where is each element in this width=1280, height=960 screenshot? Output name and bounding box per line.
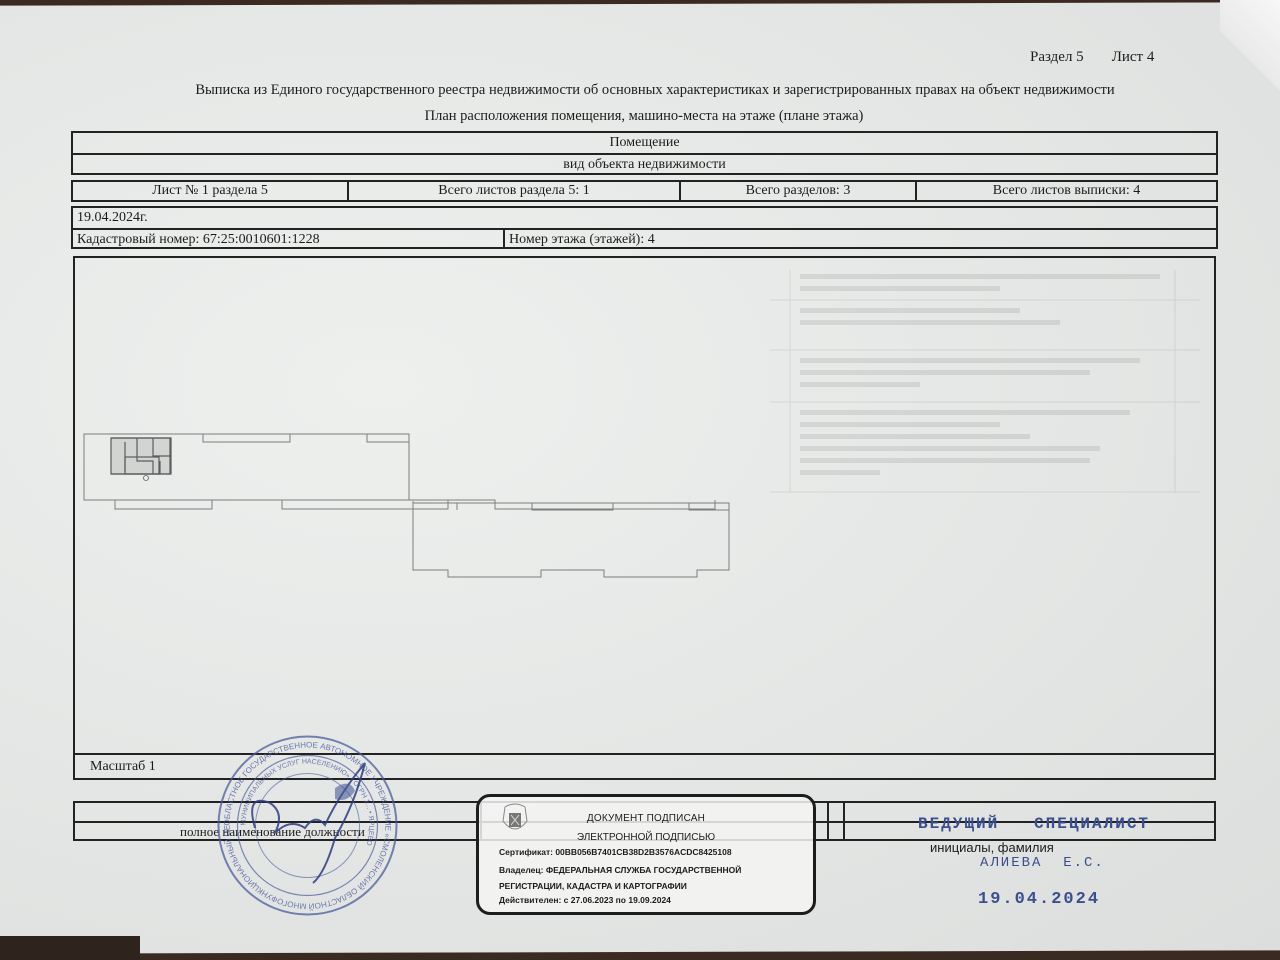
floor-plan-frame — [73, 256, 1216, 780]
section-sheet-header: Раздел 5Лист 4 — [1030, 49, 1154, 66]
esign-validity: Действителен: с 27.06.2023 по 19.09.2024 — [499, 895, 671, 905]
official-round-stamp: ОБЛАСТНОЕ ГОСУДАРСТВЕННОЕ АВТОНОМНОЕ УЧР… — [215, 733, 400, 918]
floor-plan-drawing — [75, 258, 1214, 778]
electronic-signature-box: ДОКУМЕНТ ПОДПИСАН ЭЛЕКТРОННОЙ ПОДПИСЬЮ С… — [476, 794, 816, 915]
cadastral-number: Кадастровый номер: 67:25:0010601:1228 — [73, 230, 503, 249]
total-sheets-section: Всего листов раздела 5: 1 — [349, 182, 681, 200]
date-stamp: 19.04.2024 — [978, 890, 1100, 909]
position-stamp: ВЕДУЩИЙ СПЕЦИАЛИСТ — [918, 815, 1150, 833]
object-type-caption: вид объекта недвижимости — [73, 153, 1216, 175]
esign-owner-line1: Владелец: ФЕДЕРАЛЬНАЯ СЛУЖБА ГОСУДАРСТВЕ… — [499, 865, 741, 875]
esign-certificate: Сертификат: 00BB056B7401CB38D2B3576ACDC8… — [499, 847, 732, 857]
table-surface — [0, 936, 140, 960]
floor-number: Номер этажа (этажей): 4 — [505, 230, 655, 249]
total-sheets-extract: Всего листов выписки: 4 — [917, 182, 1216, 200]
initials-caption: инициалы, фамилия — [930, 840, 1054, 855]
extract-date: 19.04.2024г. — [73, 208, 1216, 228]
esign-subtitle: ЭЛЕКТРОННОЙ ПОДПИСЬЮ — [479, 832, 813, 843]
esign-title: ДОКУМЕНТ ПОДПИСАН — [479, 813, 813, 824]
sheet-number: Лист № 1 раздела 5 — [73, 182, 349, 200]
date-cadastral-block: 19.04.2024г. Кадастровый номер: 67:25:00… — [71, 206, 1218, 249]
scale-label: Масштаб 1 — [90, 759, 156, 775]
page-corner-fold — [1220, 0, 1280, 90]
total-sections: Всего разделов: 3 — [681, 182, 917, 200]
cadastral-row: Кадастровый номер: 67:25:0010601:1228 Но… — [73, 228, 1216, 249]
document-title: Выписка из Единого государственного реес… — [0, 82, 1280, 99]
object-type-block: Помещение вид объекта недвижимости — [71, 131, 1218, 175]
date-row: 19.04.2024г. — [73, 208, 1216, 228]
document-subtitle: План расположения помещения, машино-мест… — [0, 108, 1280, 125]
name-stamp: АЛИЕВА Е.С. — [980, 855, 1105, 871]
sheet-info-row: Лист № 1 раздела 5 Всего листов раздела … — [71, 180, 1218, 202]
esign-owner-line2: РЕГИСТРАЦИИ, КАДАСТРА И КАРТОГРАФИИ — [499, 881, 687, 891]
object-type-value: Помещение — [73, 133, 1216, 153]
section-label: Раздел 5 — [1030, 49, 1084, 65]
sheet-label: Лист 4 — [1112, 49, 1155, 65]
